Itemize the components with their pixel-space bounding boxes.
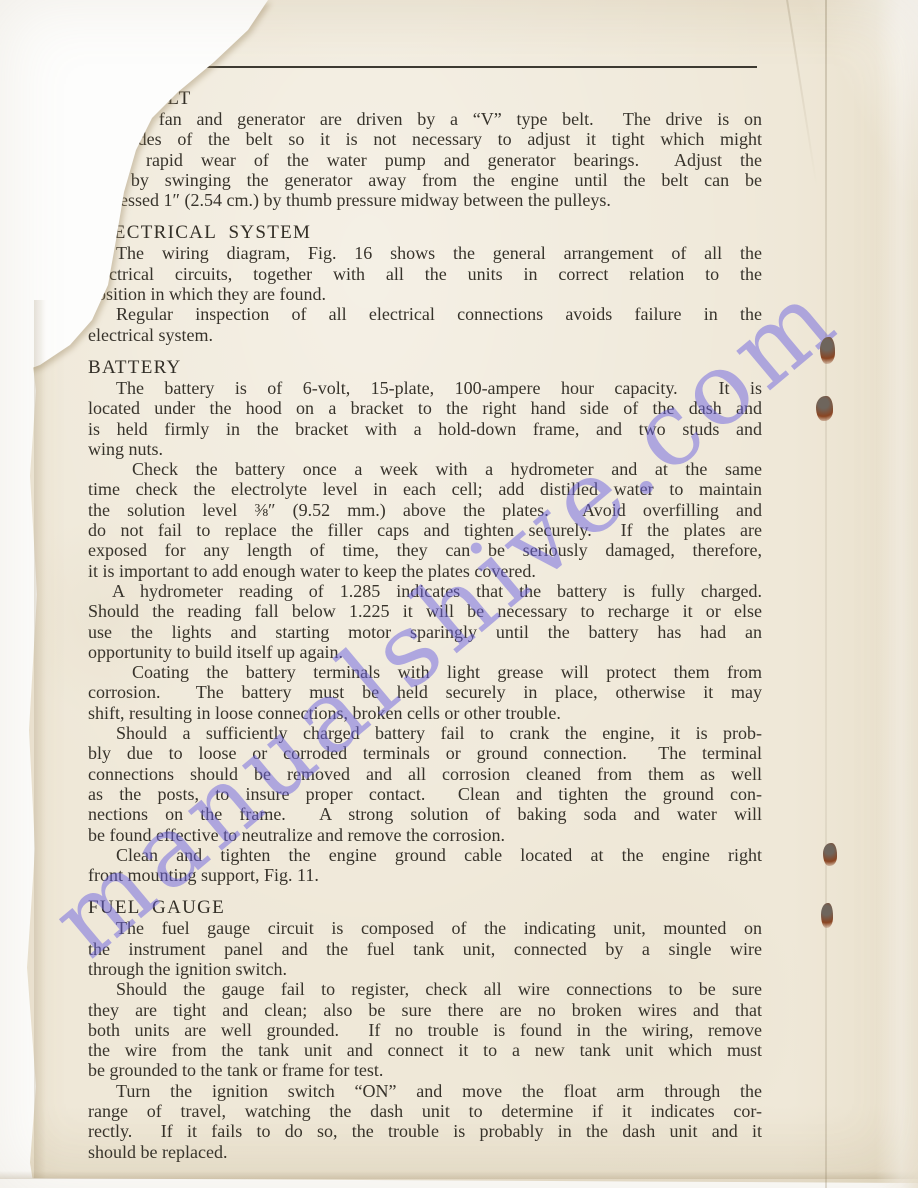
text-line: should be replaced. — [88, 1142, 762, 1162]
text-line: A hydrometer reading of 1.285 indicates … — [88, 581, 762, 601]
text-line: do not fail to replace the filler caps a… — [88, 520, 762, 540]
text-line: opportunity to build itself up again. — [88, 642, 762, 662]
text-line: nections on the frame. A strong solution… — [88, 804, 762, 824]
text-line: Coating the battery terminals with light… — [88, 662, 762, 682]
text-line: through the ignition switch. — [88, 959, 762, 979]
stain-speck — [816, 396, 833, 421]
text-line: Should the gauge fail to register, check… — [88, 979, 762, 999]
text-line: they are tight and clean; also be sure t… — [88, 1000, 762, 1020]
page-bottom-edge — [0, 1174, 918, 1188]
left-edge-shadow — [34, 300, 46, 1180]
text-line: Turn the ignition switch “ON” and move t… — [88, 1081, 762, 1101]
text-line: the instrument panel and the fuel tank u… — [88, 939, 762, 959]
text-line: Clean and tighten the engine ground cabl… — [88, 845, 762, 865]
text-line: The fuel gauge circuit is composed of th… — [88, 918, 762, 938]
stain-speck — [823, 843, 837, 866]
text-line: range of travel, watching the dash unit … — [88, 1101, 762, 1121]
stain-speck — [821, 903, 833, 928]
text-line: it is important to add enough water to k… — [88, 561, 762, 581]
page-left-edge — [0, 340, 40, 1188]
text-line: Check the battery once a week with a hyd… — [88, 459, 762, 479]
text-line: rectly. If it fails to do so, the troubl… — [88, 1121, 762, 1141]
text-line: bly due to loose or corroded terminals o… — [88, 743, 762, 763]
section-heading: FUEL GAUGE — [88, 897, 762, 918]
vertical-crease — [825, 0, 827, 1188]
text-line: corrosion. The battery must be held secu… — [88, 682, 762, 702]
text-line: Should the reading fall below 1.225 it w… — [88, 601, 762, 621]
text-line: Should a sufficiently charged battery fa… — [88, 723, 762, 743]
text-line: front mounting support, Fig. 11. — [88, 865, 762, 885]
text-line: the solution level ⅜″ (9.52 mm.) above t… — [88, 500, 762, 520]
stain-speck — [820, 337, 835, 364]
text-line: shift, resulting in loose connections, b… — [88, 703, 762, 723]
text-line: as the posts, to insure proper contact. … — [88, 784, 762, 804]
text-line: be found effective to neutralize and rem… — [88, 825, 762, 845]
text-line: wing nuts. — [88, 439, 762, 459]
bottom-edge-shadow — [0, 1171, 918, 1179]
text-line: exposed for any length of time, they can… — [88, 540, 762, 560]
text-line: connections should be removed and all co… — [88, 764, 762, 784]
right-edge-highlight — [876, 0, 918, 1188]
torn-corner-shape — [0, 0, 300, 420]
text-line: use the lights and starting motor sparin… — [88, 622, 762, 642]
text-line: both units are well grounded. If no trou… — [88, 1020, 762, 1040]
diagonal-crease — [784, 0, 817, 187]
text-line: be grounded to the tank or frame for tes… — [88, 1060, 762, 1080]
text-line: the wire from the tank unit and connect … — [88, 1040, 762, 1060]
text-line: is held firmly in the bracket with a hol… — [88, 419, 762, 439]
text-line: time check the electrolyte level in each… — [88, 479, 762, 499]
top-right-fold — [778, 0, 918, 200]
manual-page-scan: 36 FAN BELTThe fan and generator are dri… — [0, 0, 918, 1188]
torn-corner — [0, 0, 300, 420]
